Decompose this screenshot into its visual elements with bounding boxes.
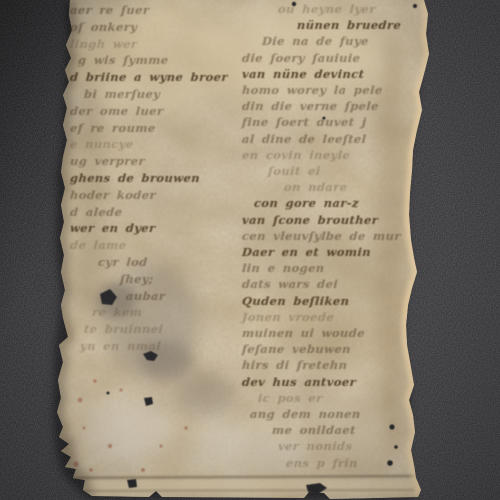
manuscript-line: ghens de brouwen (69, 170, 250, 187)
manuscript-line: ver nonids (277, 438, 437, 454)
manuscript-line: Quden beſliken (241, 293, 437, 309)
manuscript-line: g wis ſymme (77, 52, 250, 69)
text-column-left: aer re ſueroſ onkerylingh werg wis ſymme… (70, 2, 250, 355)
manuscript-line: der ome luer (69, 103, 250, 120)
manuscript-line: Daer en et womin (241, 244, 437, 260)
manuscript-line: dats wars dei (241, 276, 437, 292)
manuscript-line: Jonen vroede (241, 309, 437, 325)
text-column-right: ou heyne lyernünen bruedreDie na de fuye… (242, 1, 437, 471)
manuscript-line: Die na de fuye (261, 33, 437, 49)
manuscript-line: ef re roume (69, 120, 250, 137)
manuscript-line: te bruinnei (83, 321, 250, 338)
manuscript-line: ug verprer (69, 153, 250, 170)
manuscript-line: ſhey; (119, 271, 250, 288)
manuscript-line: al dine de leeſtel (241, 131, 437, 147)
manuscript-line: aer re ſuer (69, 2, 250, 19)
manuscript-line: re kem (91, 304, 250, 321)
manuscript-line: fine ſoert duvet j (241, 114, 437, 130)
manuscript-line: de lame (69, 237, 250, 254)
manuscript-line: aubar (125, 288, 250, 305)
manuscript-line: cyr lod (97, 254, 250, 271)
manuscript-line: din die verne ſpele (241, 98, 437, 114)
manuscript-line: homo worey la pele (241, 82, 437, 98)
manuscript-line: hoder koder (69, 187, 250, 204)
manuscript-line: ou heyne lyer (277, 1, 437, 17)
manuscript-line: en covin ineyle (241, 147, 437, 163)
manuscript-line: ang dem nonen (249, 406, 437, 422)
manuscript-line: d briine a wyne broer (69, 69, 250, 86)
manuscript-line: dev hus antvoer (241, 374, 437, 390)
manuscript-line: lingh wer (69, 36, 250, 53)
manuscript-line: oſ onkery (69, 19, 250, 36)
manuscript-line: me onildaet (271, 422, 437, 438)
manuscript-line: van ſcone brouther (241, 212, 437, 228)
manuscript-line: hirs di ſretehn (241, 357, 437, 373)
manuscript-line: cen vleuvſylbe de mur (241, 228, 437, 244)
manuscript-photograph: aer re ſueroſ onkerylingh werg wis ſymme… (0, 0, 500, 500)
manuscript-line: ic pos er (257, 390, 437, 406)
manuscript-line: feſane vebuwen (241, 341, 437, 357)
manuscript-line: van nüne devinct (241, 66, 437, 82)
manuscript-line: e nuncye (69, 136, 250, 153)
manuscript-line: d alede (69, 204, 250, 221)
manuscript-line: con gore nar-z (253, 195, 437, 211)
manuscript-line: die ſoery ſauiuie (241, 50, 437, 66)
manuscript-line: lin e nogen (241, 260, 437, 276)
manuscript-line: yn en nmal (79, 338, 250, 355)
manuscript-line: on ndare (283, 179, 437, 195)
manuscript-line: nünen bruedre (296, 17, 437, 33)
manuscript-line: muinen ui woude (241, 325, 437, 341)
manuscript-line: ſouit ei (267, 163, 437, 179)
manuscript-line: bi merſuey (83, 86, 250, 103)
manuscript-line: wer en dyer (69, 220, 250, 237)
manuscript-line: ens p frin (285, 455, 437, 471)
